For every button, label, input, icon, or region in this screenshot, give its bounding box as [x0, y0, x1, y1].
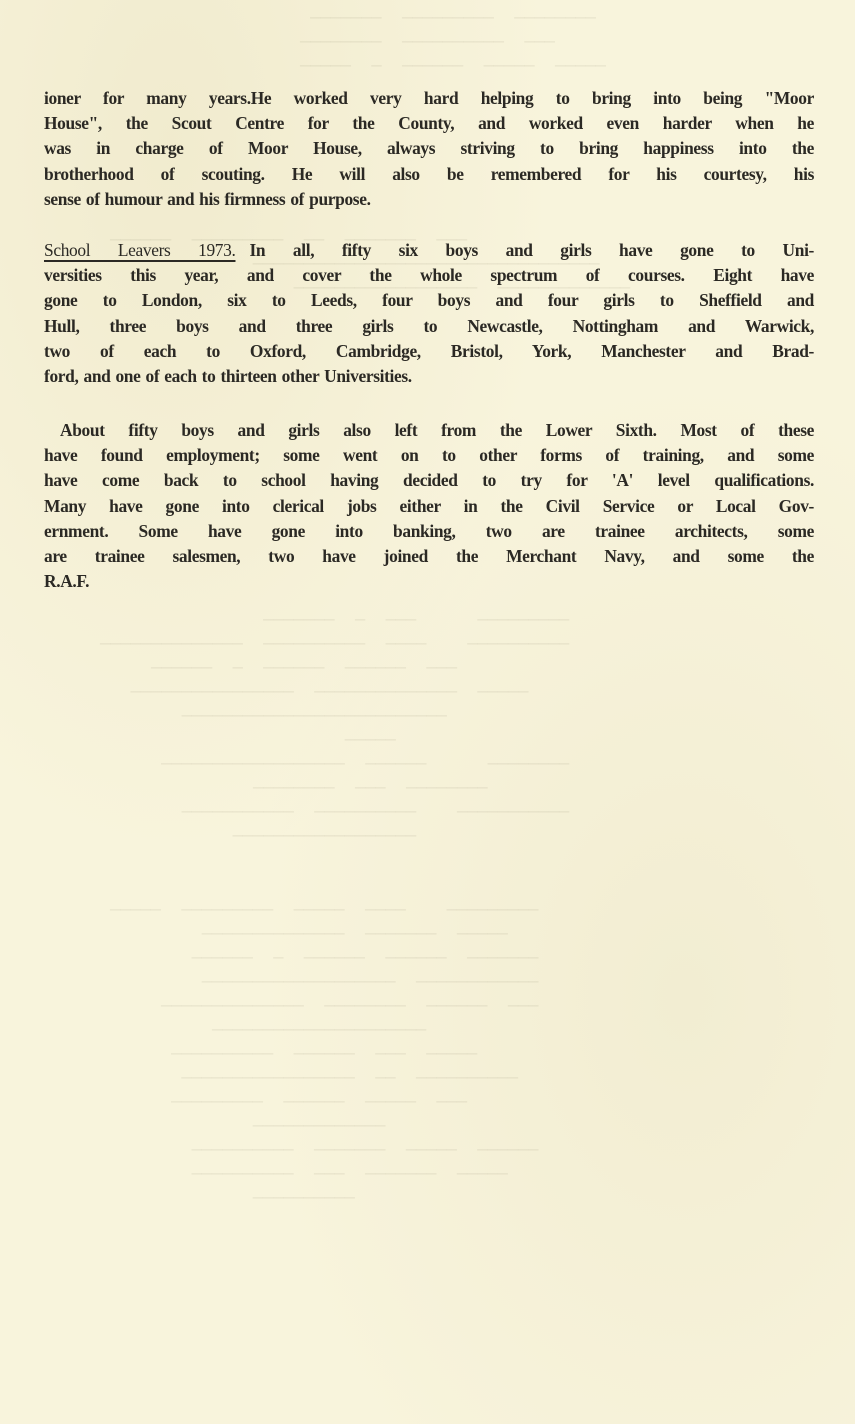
text-line: ernment. Some have gone into banking, tw…	[44, 519, 814, 544]
section-heading: School Leavers 1973.	[44, 240, 235, 260]
text-line: Hull, three boys and three girls to Newc…	[44, 314, 814, 339]
text-line: ioner for many years.He worked very hard…	[44, 86, 814, 111]
text-line: have come back to school having decided …	[44, 468, 814, 493]
text-line: have found employment; some went on to o…	[44, 443, 814, 468]
text-line: sense of humour and his firmness of purp…	[44, 187, 814, 212]
text-line: two of each to Oxford, Cambridge, Bristo…	[44, 339, 814, 364]
text-line: School Leavers 1973.In all, fifty six bo…	[44, 238, 814, 263]
text-line: versities this year, and cover the whole…	[44, 263, 814, 288]
text-line: brotherhood of scouting. He will also be…	[44, 162, 814, 187]
text-line: R.A.F.	[44, 569, 814, 594]
text-line: was in charge of Moor House, always stri…	[44, 136, 814, 161]
text-line: ford, and one of each to thirteen other …	[44, 364, 814, 389]
lower-sixth-paragraph: About fifty boys and girls also left fro…	[44, 418, 814, 594]
memorial-paragraph: ioner for many years.He worked very hard…	[44, 86, 814, 212]
text-line-content: In all, fifty six boys and girls have go…	[249, 240, 814, 260]
text-line: House", the Scout Centre for the County,…	[44, 111, 814, 136]
text-line: Many have gone into clerical jobs either…	[44, 494, 814, 519]
school-leavers-paragraph: School Leavers 1973.In all, fifty six bo…	[44, 238, 814, 389]
paper-background	[0, 0, 855, 1424]
text-line: gone to London, six to Leeds, four boys …	[44, 288, 814, 313]
text-line: are trainee salesmen, two have joined th…	[44, 544, 814, 569]
text-line: About fifty boys and girls also left fro…	[44, 418, 814, 443]
